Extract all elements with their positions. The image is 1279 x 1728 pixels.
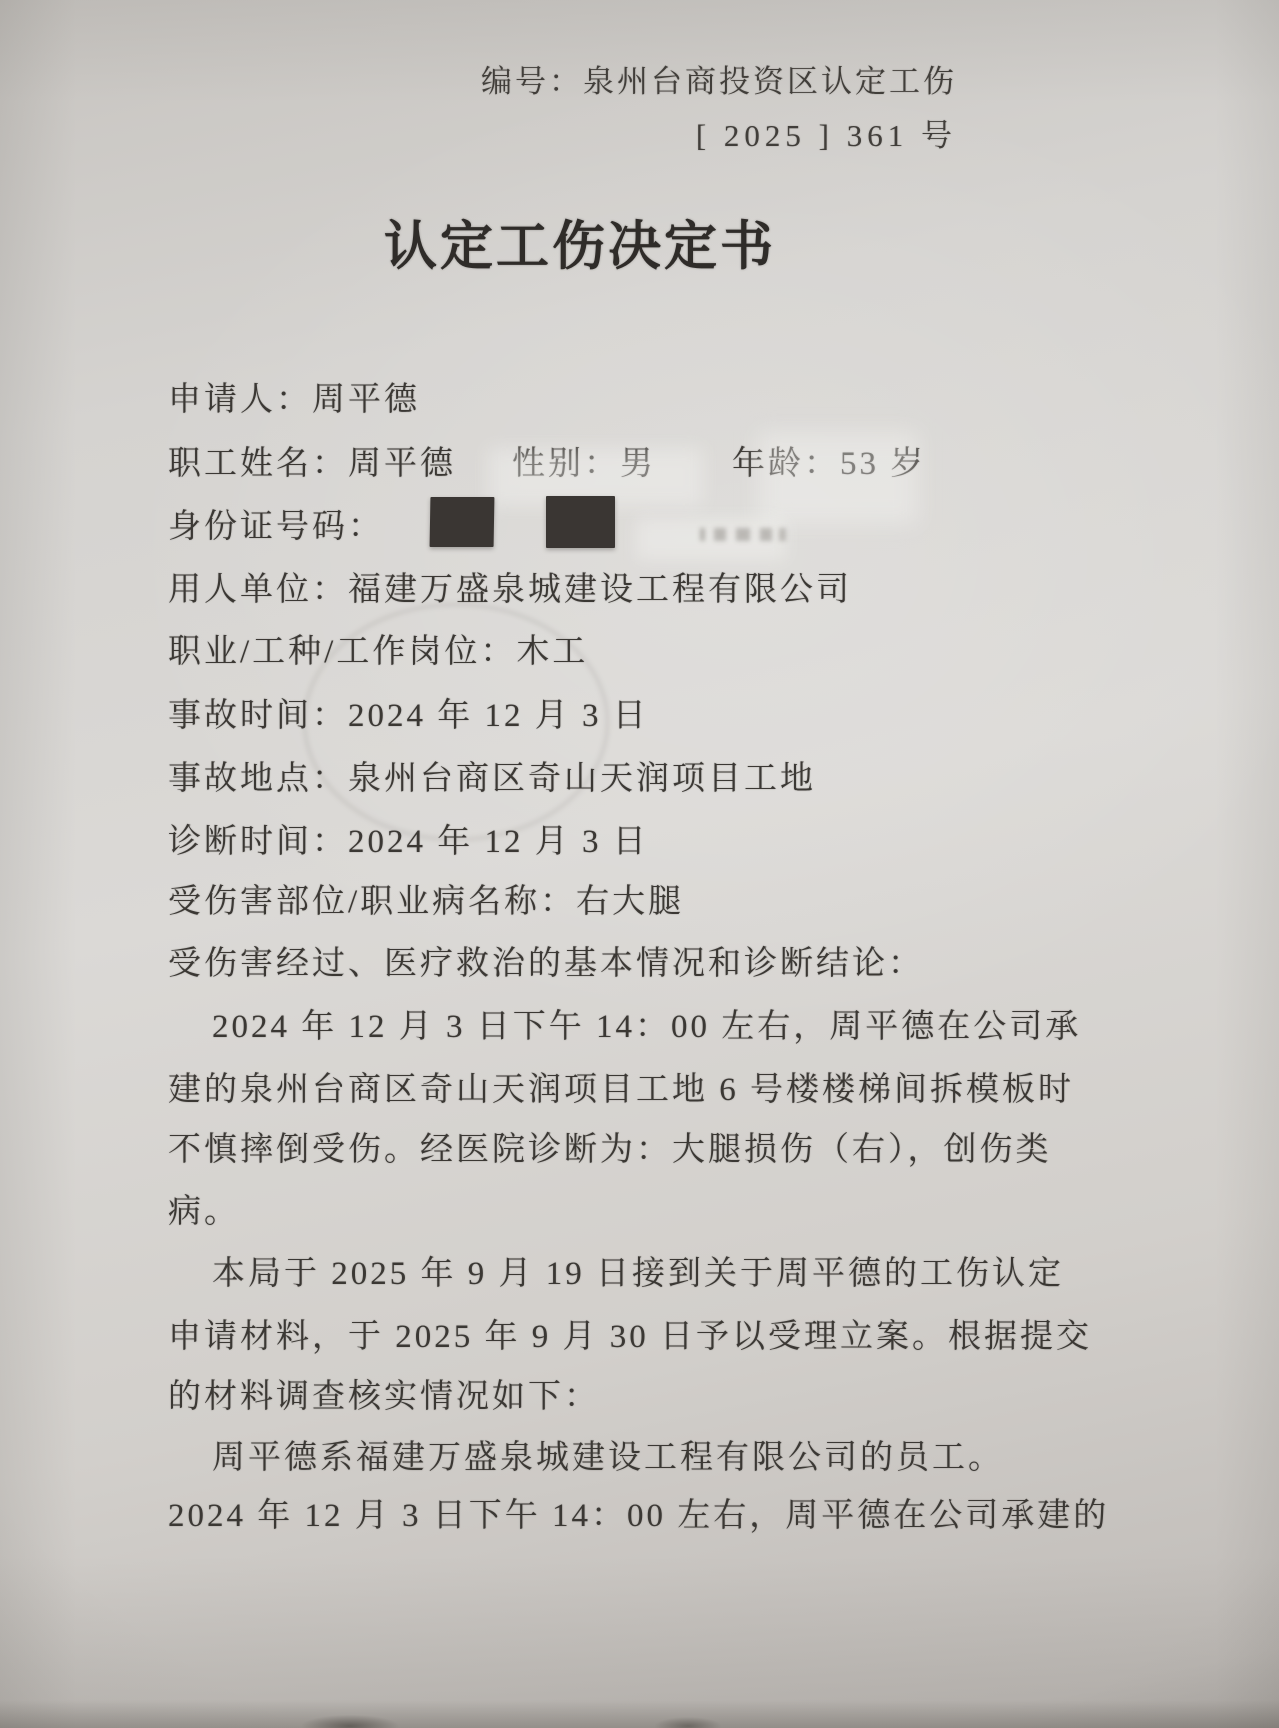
paragraph-2-line-2: 申请材料，于 2025 年 9 月 30 日予以受理立案。根据提交 [168, 1315, 1092, 1359]
paragraph-3-line-2: 2024 年 12 月 3 日下午 14：00 左右，周平德在公司承建的 [168, 1494, 1109, 1538]
field-employee-name: 职工姓名：周平德 [168, 446, 456, 482]
id-blurred-digits [700, 528, 786, 541]
document-photo: 编号：泉州台商投资区认定工伤 [ 2025 ] 361 号 认定工伤决定书 申请… [0, 0, 1279, 1728]
paragraph-1-line-4: 病。 [168, 1190, 240, 1234]
doc-number-line1: 编号：泉州台商投资区认定工伤 [481, 56, 957, 101]
field-employer: 用人单位：福建万盛泉城建设工程有限公司 [168, 568, 852, 612]
id-redaction-box-1 [430, 497, 495, 547]
field-gender: 性别：男 [512, 446, 656, 482]
field-employee-row: 职工姓名：周平德性别：男年龄：53 岁 [168, 442, 926, 486]
field-accident-place: 事故地点：泉州台商区奇山天润项目工地 [168, 757, 816, 801]
doc-number-line2: [ 2025 ] 361 号 [696, 110, 957, 155]
paragraph-3-line-1: 周平德系福建万盛泉城建设工程有限公司的员工。 [212, 1436, 1004, 1480]
paragraph-2-line-3: 的材料调查核实情况如下： [168, 1375, 600, 1419]
id-redaction-box-2 [546, 496, 615, 548]
field-diagnosis-time: 诊断时间：2024 年 12 月 3 日 [168, 820, 649, 864]
field-injury-desc-label: 受伤害经过、医疗救治的基本情况和诊断结论： [168, 942, 924, 986]
paragraph-1-line-2: 建的泉州台商区奇山天润项目工地 6 号楼楼梯间拆模板时 [168, 1068, 1074, 1112]
photo-bottom-shadow [0, 1700, 1279, 1728]
field-accident-time: 事故时间：2024 年 12 月 3 日 [168, 694, 649, 738]
paragraph-2-line-1: 本局于 2025 年 9 月 19 日接到关于周平德的工伤认定 [212, 1252, 1064, 1296]
field-applicant: 申请人：周平德 [168, 378, 420, 422]
doc-title: 认定工伤决定书 [0, 204, 1160, 280]
field-age: 年龄：53 岁 [732, 446, 926, 482]
field-occupation: 职业/工种/工作岗位：木工 [168, 630, 588, 674]
paragraph-1-line-1: 2024 年 12 月 3 日下午 14：00 左右，周平德在公司承 [212, 1005, 1081, 1049]
paragraph-1-line-3: 不慎摔倒受伤。经医院诊断为：大腿损伤（右），创伤类 [168, 1128, 1052, 1172]
field-id-number-label: 身份证号码： [168, 505, 384, 549]
field-injury-part: 受伤害部位/职业病名称：右大腿 [168, 880, 684, 924]
